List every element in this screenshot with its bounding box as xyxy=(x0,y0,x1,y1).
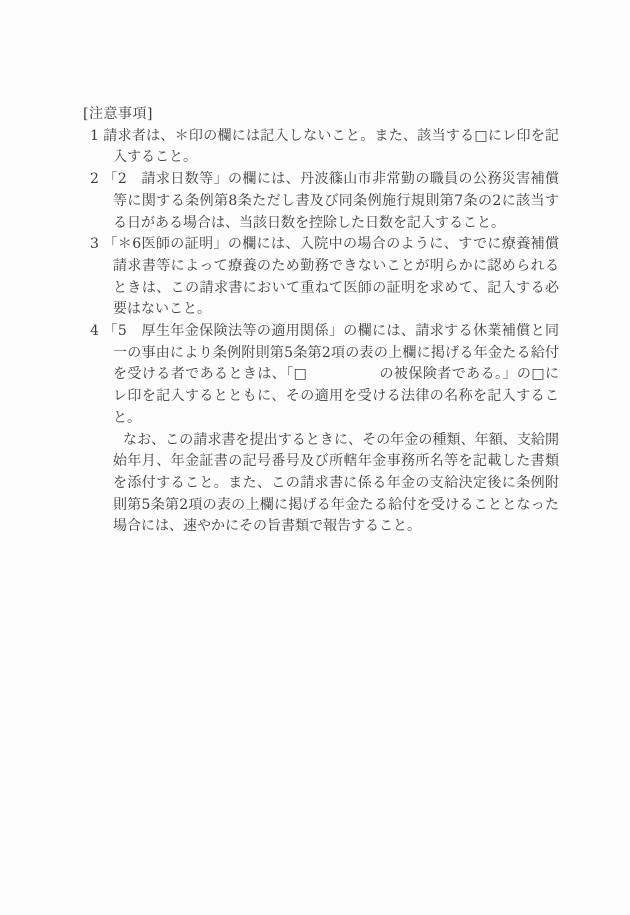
note-item-text: 請求者は、＊印の欄には記入しないこと。また、該当する□にレ印を記入すること。 xyxy=(103,128,559,166)
note-item-number: 4 xyxy=(90,321,103,343)
note-item-supplement: なお、この請求書を提出するときに、その年金の種類、年額、支給開始年月、年金証書の… xyxy=(113,430,559,539)
note-item: 4「5 厚生年金保険法等の適用関係」の欄には、請求する休業補償と同一の事由により… xyxy=(83,321,559,538)
note-item: 1請求者は、＊印の欄には記入しないこと。また、該当する□にレ印を記入すること。 xyxy=(83,126,559,169)
document-page: [注意事項] 1請求者は、＊印の欄には記入しないこと。また、該当する□にレ印を記… xyxy=(0,0,630,915)
note-item-number: 3 xyxy=(90,234,103,256)
note-item: 2「2 請求日数等」の欄には、丹波篠山市非常勤の職員の公務災害補償等に関する条例… xyxy=(83,169,559,234)
note-item-text: 「5 厚生年金保険法等の適用関係」の欄には、請求する休業補償と同一の事由により条… xyxy=(103,323,559,426)
note-item: 3「＊6医師の証明」の欄には、入院中の場合のように、すでに療養補償請求書等によっ… xyxy=(83,234,559,321)
note-item-text: 「＊6医師の証明」の欄には、入院中の場合のように、すでに療養補償請求書等によって… xyxy=(103,236,559,317)
note-item-number: 2 xyxy=(90,169,103,191)
note-item-number: 1 xyxy=(90,126,103,148)
notes-section: [注意事項] 1請求者は、＊印の欄には記入しないこと。また、該当する□にレ印を記… xyxy=(83,104,559,538)
notes-heading: [注意事項] xyxy=(83,104,559,126)
note-item-text: 「2 請求日数等」の欄には、丹波篠山市非常勤の職員の公務災害補償等に関する条例第… xyxy=(103,171,559,230)
